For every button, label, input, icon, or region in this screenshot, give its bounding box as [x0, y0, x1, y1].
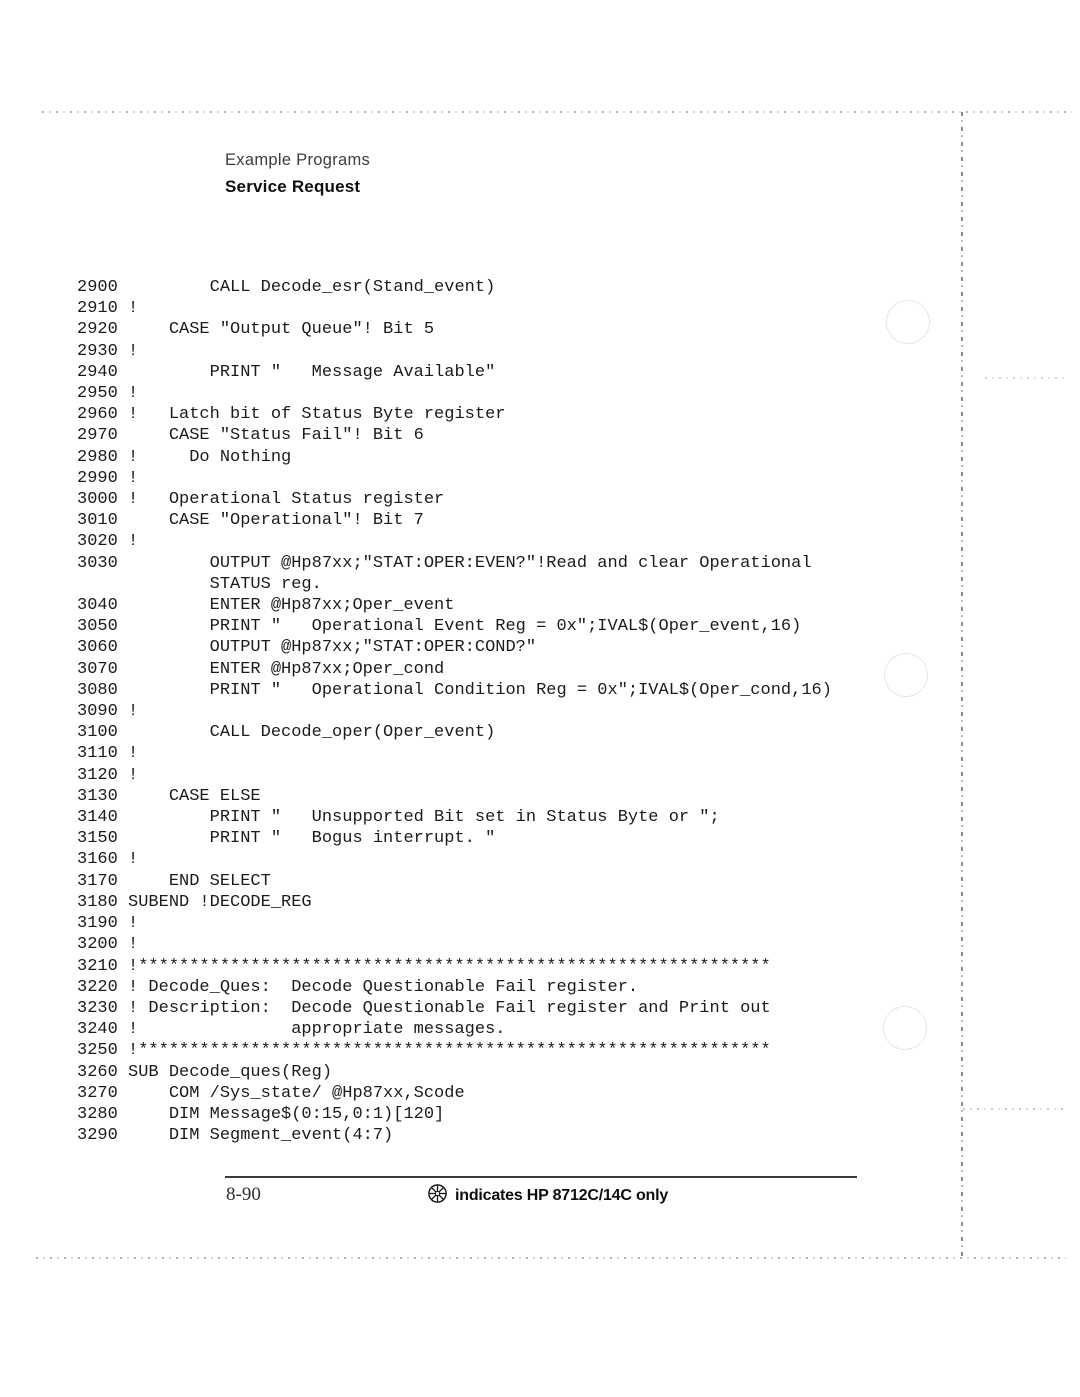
page-number: 8-90: [226, 1184, 261, 1206]
footer-rule: [225, 1176, 857, 1178]
scanned-manual-page: Example Programs Service Request 2900 CA…: [0, 0, 1080, 1397]
page-header: Example Programs Service Request: [225, 151, 370, 197]
punch-hole-mark: [886, 300, 930, 344]
scan-edge-right: [961, 112, 963, 1258]
punch-hole-mark: [883, 1006, 927, 1050]
breadcrumb: Example Programs: [225, 151, 370, 170]
scan-edge-top: [42, 111, 1072, 113]
scan-artifact-dotted-spur: [963, 1108, 1065, 1110]
scan-artifact-dots: [985, 377, 1065, 379]
wheel-icon: [427, 1183, 448, 1209]
scan-edge-bottom: [36, 1257, 1066, 1259]
punch-hole-mark: [884, 653, 928, 697]
section-title: Service Request: [225, 177, 370, 197]
code-listing: 2900 CALL Decode_esr(Stand_event) 2910 !…: [77, 277, 832, 1146]
footer-note-text: indicates HP 8712C/14C only: [455, 1187, 668, 1205]
footer-note: indicates HP 8712C/14C only: [427, 1183, 668, 1209]
